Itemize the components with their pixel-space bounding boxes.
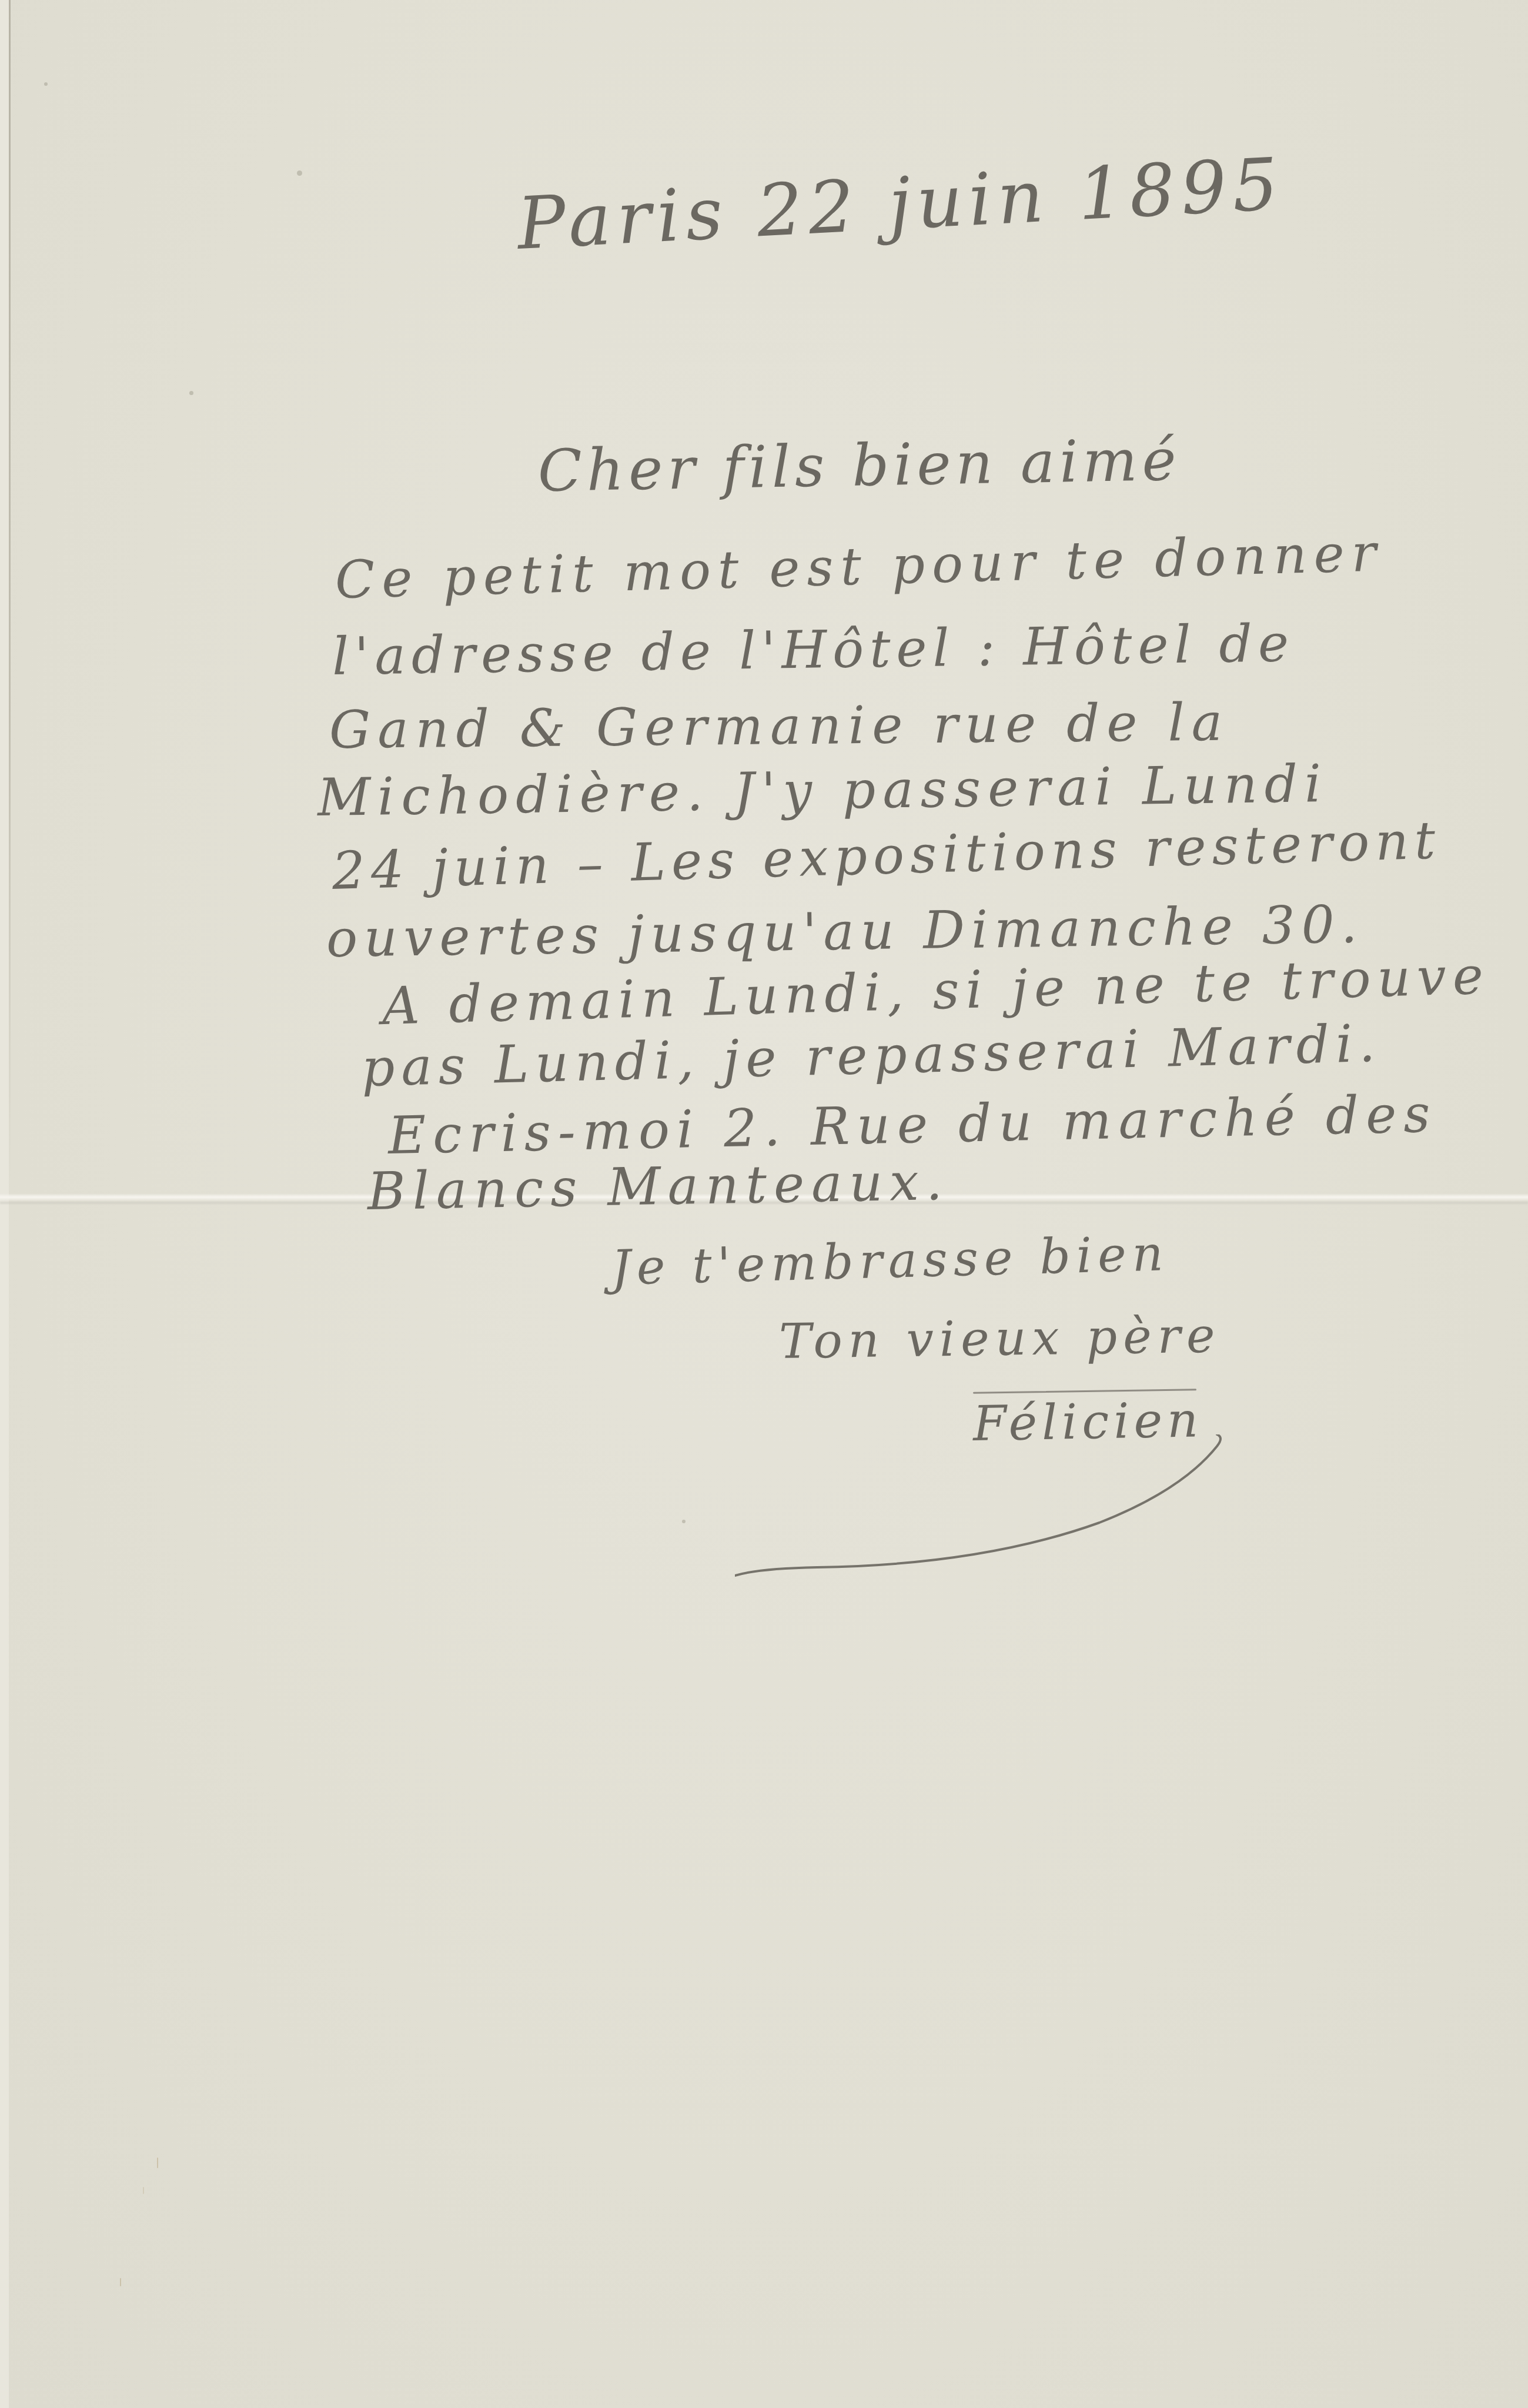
letter-page: Paris 22 juin 1895 Cher fils bien aimé C… [0,0,1528,2408]
paper-fiber [157,2158,158,2168]
paper-fiber [143,2187,144,2194]
page-edge-strip [0,0,9,2408]
letter-body-line: Blancs Manteaux. [367,1151,949,1222]
letter-salutation: Cher fils bien aimé [537,427,1181,505]
letter-closing-line: Je t'embrasse bien [611,1226,1170,1296]
paper-fiber [120,2278,121,2286]
signature-flourish [735,1434,1264,1587]
letter-dateline: Paris 22 juin 1895 [515,142,1286,266]
letter-body-line: Gand & Germanie rue de la [329,692,1230,760]
letter-body-line: Ce petit mot est pour te donner [335,522,1384,610]
page-edge-line [9,0,11,1182]
paper-speck [44,82,48,86]
letter-closing-line: Ton vieux père [778,1308,1221,1370]
letter-signature: Félicien [972,1392,1203,1452]
letter-body-line: l'adresse de l'Hôtel : Hôtel de [332,613,1295,687]
paper-speck [189,391,193,395]
paper-speck [682,1520,686,1523]
paper-speck [297,170,302,176]
